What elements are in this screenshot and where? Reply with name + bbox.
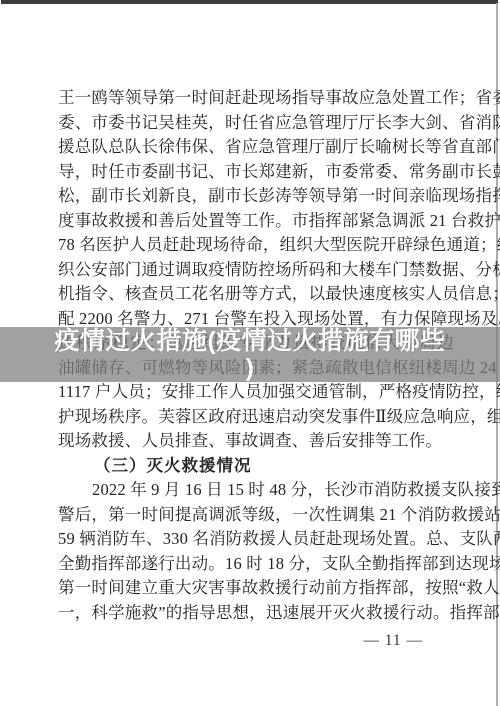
text-line: 度事故救援和善后处置等工作。市指挥部紧急调派 21 台救护车、 [58,209,454,234]
text-line: 委、市委书记吴桂英，时任省应急管理厅厅长李大剑、省消防救 [58,111,454,136]
text-line: 全勤指挥部遂行出动。16 时 18 分，支队全勤指挥部到达现场， [58,552,454,577]
text-line: 现场救援、人员排查、事故调查、善后安排等工作。 [58,429,454,454]
scanned-document-page: 王一鸥等领导第一时间赶赴现场指导事故应急处置工作；省委常 委、市委书记吴桂英，时… [0,0,500,706]
text-line: 护现场秩序。芙蓉区政府迅速启动突发事件Ⅱ级应急响应，组织 [58,405,454,430]
text-line: 织公安部门通过调取疫情防控场所码和大楼车门禁数据、分析手 [58,258,454,283]
text-line: 59 辆消防车、330 名消防救援人员赶赴现场处置。总、支队两级 [58,527,454,552]
overlay-title-text-wrap: ) [246,355,255,382]
scan-edge-top-bar [1,0,498,4]
section-heading: （三）灭火救援情况 [58,454,454,479]
text-line: 78 名医护人员赶赴现场待命，组织大型医院开辟绿色通道；组 [58,233,454,258]
text-line: 援总队总队长徐伟保、省应急管理厅副厅长喻树长等省直部门领 [58,135,454,160]
text-line: 第一时间建立重大灾害事故救援行动前方指挥部，按照“救人第 [58,576,454,601]
text-line: 王一鸥等领导第一时间赶赴现场指导事故应急处置工作；省委常 [58,86,454,111]
text-line: 2022 年 9 月 16 日 15 时 48 分，长沙市消防救援支队接到报 [58,478,454,503]
text-line: 一，科学施救”的指导思想，迅速展开灭火救援行动。指挥部经 [58,601,454,626]
text-line: 1117 户人员；安排工作人员加强交通管制，严格疫情防控，维 [58,380,454,405]
page-number: — 11 — [363,632,423,650]
text-line: 导，时任市委副书记、市长郑建新，市委常委、常务副市长彭华 [58,160,454,185]
text-line: 警后，第一时间提高调派等级，一次性调集 21 个消防救援站的 [58,503,454,528]
text-line: 机指令、核查员工花名册等方式，以最快速度核实人员信息；调 [58,282,454,307]
title-overlay-banner: 疫情过火措施(疫情过火措施有哪些 ) [0,327,500,382]
text-line: 松，副市长刘新良，副市长彭涛等领导第一时间亲临现场指挥调 [58,184,454,209]
overlay-title-text: 疫情过火措施(疫情过火措施有哪些 [54,328,445,355]
